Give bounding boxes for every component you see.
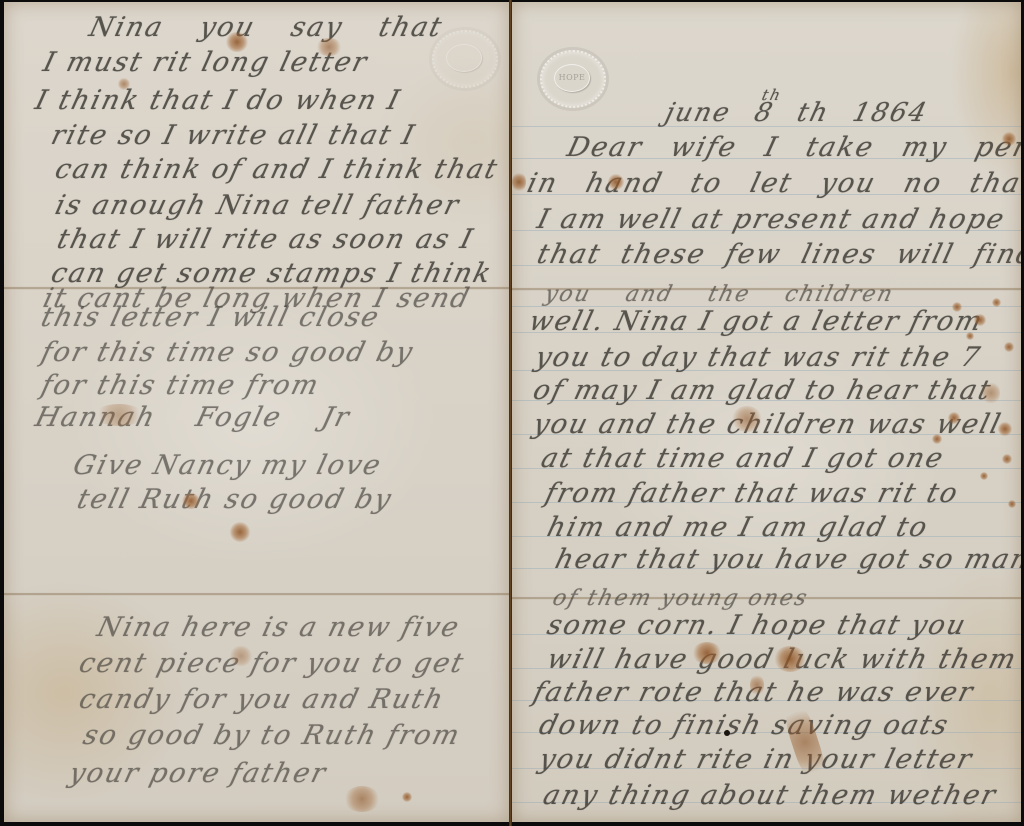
signature: Hannah Fogle Jr <box>32 402 354 433</box>
ink-stain <box>344 786 380 812</box>
ink-stain <box>732 406 762 432</box>
letter-line: Give Nancy my love <box>70 450 385 481</box>
letter-line: you to day that was rit the 7 <box>532 342 984 373</box>
ink-stain-speckle <box>952 302 962 312</box>
ink-stain-speckle <box>992 298 1001 307</box>
ink-stain <box>230 646 252 666</box>
letter-line: of them young ones <box>550 586 811 611</box>
ink-stain-speckle <box>932 434 942 444</box>
ink-stain <box>316 38 342 56</box>
postscript-line: candy for you and Ruth <box>76 684 448 715</box>
letter-line: any thing about them wether <box>540 780 1000 811</box>
ink-stain <box>774 646 806 672</box>
letter-line: down to finish saving oats <box>536 710 953 741</box>
letter-line: can think of and I think that <box>52 154 502 185</box>
ink-stain <box>512 172 526 192</box>
letter-line: some corn. I hope that you <box>544 610 970 641</box>
letter-line: that I will rite as soon as I <box>54 224 477 255</box>
ink-stain-speckle <box>974 314 986 326</box>
letter-line: in hand to let you no that <box>524 168 1021 199</box>
letter-line: well. Nina I got a letter from <box>526 306 987 337</box>
emboss-stamp-right: HOPE <box>540 50 606 108</box>
letter-line: tell Ruth so good by <box>74 484 396 515</box>
emboss-stamp-left-label <box>446 44 482 72</box>
postscript-line: your pore father <box>66 758 330 789</box>
ink-stain <box>1002 132 1016 146</box>
letter-line: for this time from <box>38 370 323 401</box>
fold-crease-lower <box>4 592 509 596</box>
letter-page-right: HOPE th june 8 th 1864 Dear wife I take … <box>512 2 1021 822</box>
letter-line: you and the children <box>542 282 897 307</box>
letter-line: that these few lines will find <box>534 239 1021 270</box>
postscript-line: so good by to Ruth from <box>80 720 464 751</box>
letter-date: june 8 th 1864 <box>662 98 931 128</box>
ink-stain <box>724 730 730 736</box>
letter-line: for this time so good by <box>38 337 417 368</box>
ink-stain-speckle <box>1002 454 1012 464</box>
letter-line: Nina you say that <box>86 12 447 43</box>
letter-line: is anough Nina tell father <box>52 190 463 221</box>
postscript-line: Nina here is a new five <box>94 612 464 643</box>
ink-stain <box>94 404 144 426</box>
center-fold-gutter <box>509 0 512 826</box>
letter-line: rite so I write all that I <box>48 120 419 151</box>
emboss-stamp-left <box>432 30 498 88</box>
ink-stain <box>402 792 412 802</box>
ink-stain <box>750 674 764 696</box>
ink-stain-speckle <box>980 472 988 480</box>
letter-line: hear that you have got so man <box>552 544 1021 575</box>
scan-background: Nina you say that I must rit long letter… <box>0 0 1024 826</box>
ink-stain <box>118 78 130 90</box>
postscript-line: cent piece for you to get <box>76 648 468 679</box>
letter-line: him and me I am glad to <box>544 512 932 543</box>
ink-stain-speckle <box>1008 500 1016 508</box>
ink-stain <box>226 32 248 52</box>
emboss-stamp-right-label: HOPE <box>554 64 590 92</box>
letter-line: I think that I do when I <box>32 85 404 116</box>
letter-line: this letter I will close <box>38 302 384 333</box>
letter-line: of may I am glad to hear that <box>530 375 995 406</box>
letter-line: you didnt rite in your letter <box>536 744 976 775</box>
ink-stain <box>182 493 200 509</box>
ink-stain-speckle <box>998 422 1012 436</box>
letter-line: at that time and I got one <box>538 443 948 474</box>
letter-page-left: Nina you say that I must rit long letter… <box>4 2 509 822</box>
ink-stain <box>608 174 624 190</box>
ink-stain <box>230 522 250 542</box>
letter-line: from father that was rit to <box>542 478 962 509</box>
ink-stain-speckle <box>948 412 960 424</box>
ink-stain <box>692 642 722 664</box>
salutation: Dear wife I take my pen <box>564 132 1021 163</box>
letter-line: I am well at present and hope <box>534 204 1009 235</box>
ink-stain-speckle <box>982 382 1000 404</box>
ink-stain-speckle <box>1004 342 1014 352</box>
ink-stain-speckle <box>966 332 974 340</box>
